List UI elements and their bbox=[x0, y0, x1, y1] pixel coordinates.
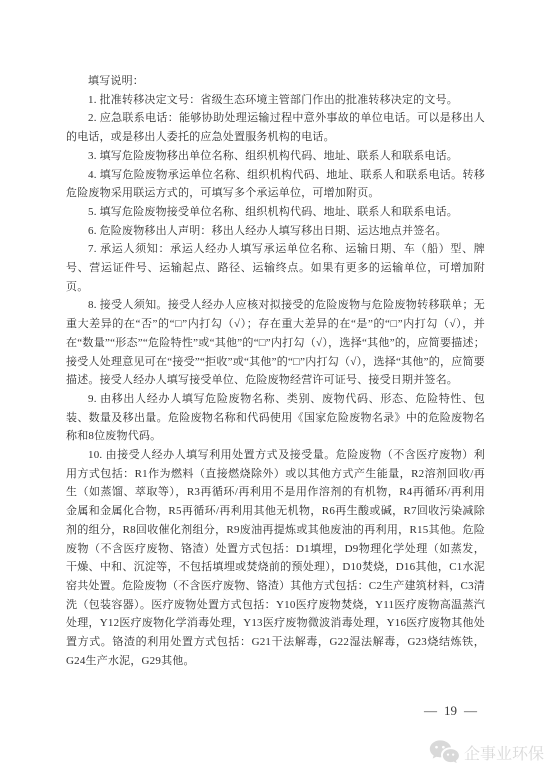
page-number-value: 19 bbox=[444, 703, 457, 718]
instruction-paragraph-9: 9. 由移出人经办人填写危险废物名称、类别、废物代码、形态、危险特性、包装、数量… bbox=[66, 390, 485, 446]
instruction-paragraph-5: 5. 填写危险废物接受单位名称、组织机构代码、地址、联系人和联系电话。 bbox=[66, 203, 485, 222]
page-number: —19— bbox=[417, 703, 484, 719]
page-number-dash-left: — bbox=[424, 703, 437, 718]
instruction-paragraph-8: 8. 接受人须知。接受人经办人应核对拟接受的危险废物与危险废物转移联单；无重大差… bbox=[66, 296, 485, 390]
instruction-paragraph-1: 1. 批准转移决定文号：省级生态环境主管部门作出的批准转移决定的文号。 bbox=[66, 91, 485, 110]
section-title: 填写说明： bbox=[66, 72, 485, 91]
wechat-icon bbox=[429, 739, 459, 765]
instructions-section: 填写说明： 1. 批准转移决定文号：省级生态环境主管部门作出的批准转移决定的文号… bbox=[66, 72, 485, 671]
instruction-paragraph-3: 3. 填写危险废物移出单位名称、组织机构代码、地址、联系人和联系电话。 bbox=[66, 147, 485, 166]
watermark-text: 企事业环保 bbox=[464, 741, 544, 764]
instruction-paragraph-4: 4. 填写危险废物承运单位名称、组织机构代码、地址、联系人和联系电话。转移危险废… bbox=[66, 166, 485, 203]
instruction-paragraph-10: 10. 由接受人经办人填写利用处置方式及接受量。危险废物（不含医疗废物）利用方式… bbox=[66, 446, 485, 670]
instruction-paragraph-2: 2. 应急联系电话：能够协助处理运输过程中意外事故的单位电话。可以是移出人的电话… bbox=[66, 109, 485, 146]
page-number-dash-right: — bbox=[464, 703, 477, 718]
document-page: 填写说明： 1. 批准转移决定文号：省级生态环境主管部门作出的批准转移决定的文号… bbox=[0, 0, 550, 778]
publisher-watermark: 企事业环保 bbox=[429, 739, 544, 765]
instruction-paragraph-6: 6. 危险废物移出人声明：移出人经办人填写移出日期、运达地点并签名。 bbox=[66, 222, 485, 241]
instruction-paragraph-7: 7. 承运人须知：承运人经办人填写承运单位名称、运输日期、车（船）型、牌号、营运… bbox=[66, 240, 485, 296]
